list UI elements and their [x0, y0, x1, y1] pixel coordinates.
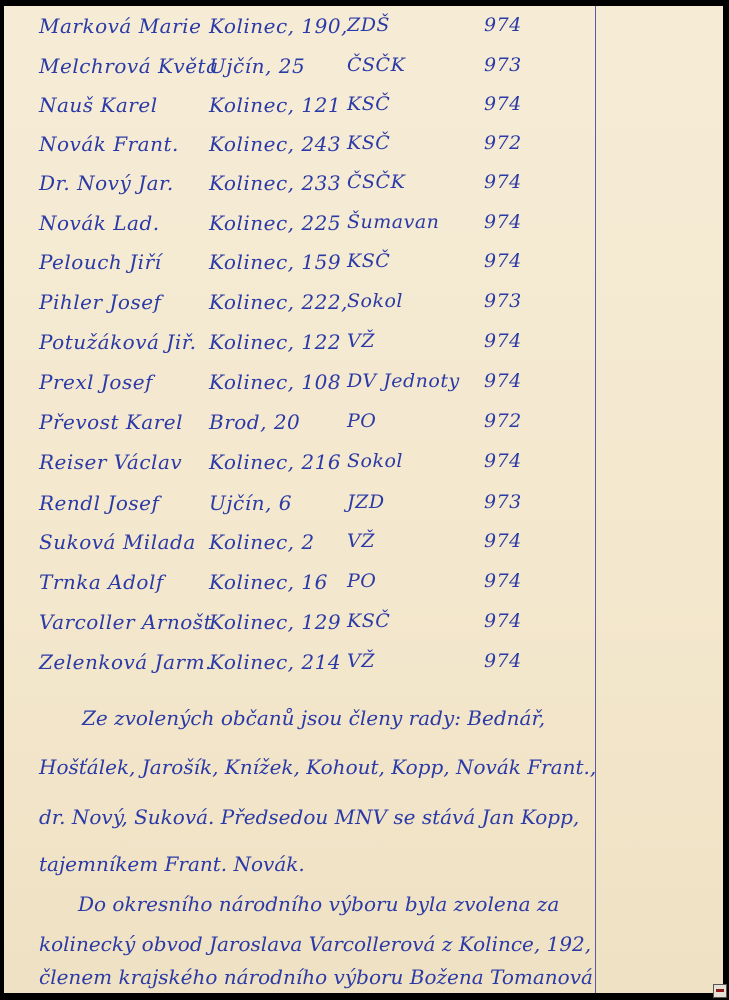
register-row: Převost KarelBrod, 20PO972	[4, 410, 594, 440]
member-address: Kolinec, 214	[209, 650, 341, 674]
register-row: Rendl JosefUjčín, 6JZD973	[4, 491, 594, 521]
member-address: Ujčín, 6	[209, 491, 292, 515]
member-number: 973	[484, 54, 522, 76]
member-number: 974	[484, 171, 522, 193]
member-address: Kolinec, 233	[209, 171, 341, 195]
member-address: Kolinec, 159	[209, 250, 341, 274]
member-name: Nauš Karel	[39, 93, 158, 117]
register-row: Potužáková Jiř.Kolinec, 122VŽ974	[4, 330, 594, 360]
member-number: 974	[484, 370, 522, 392]
register-row: Reiser VáclavKolinec, 216Sokol974	[4, 450, 594, 480]
member-organization: VŽ	[347, 530, 375, 552]
member-name: Varcoller Arnošt	[39, 610, 212, 634]
member-name: Trnka Adolf	[39, 570, 164, 594]
member-number: 974	[484, 450, 522, 472]
member-address: Kolinec, 216	[209, 450, 341, 474]
member-name: Reiser Václav	[39, 450, 182, 474]
member-organization: DV Jednoty	[347, 370, 460, 392]
member-name: Melchrová Květa	[39, 54, 219, 78]
member-organization: ČSČK	[347, 54, 405, 76]
member-number: 974	[484, 570, 522, 592]
member-number: 974	[484, 14, 522, 36]
register-row: Trnka AdolfKolinec, 16PO974	[4, 570, 594, 600]
member-organization: Sokol	[347, 290, 403, 312]
member-number: 973	[484, 491, 522, 513]
member-name: Suková Milada	[39, 530, 196, 554]
member-address: Kolinec, 190,	[209, 14, 348, 38]
member-organization: Šumavan	[347, 211, 439, 233]
member-address: Kolinec, 121	[209, 93, 341, 117]
member-number: 974	[484, 93, 522, 115]
member-organization: Sokol	[347, 450, 403, 472]
member-address: Kolinec, 122	[209, 330, 341, 354]
register-row: Prexl JosefKolinec, 108DV Jednoty974	[4, 370, 594, 400]
district-paragraph-line-1: Do okresního národního výboru byla zvole…	[78, 892, 559, 916]
register-row: Dr. Nový Jar.Kolinec, 233ČSČK974	[4, 171, 594, 201]
district-paragraph-line-2: kolinecký obvod Jaroslava Varcollerová z…	[39, 932, 591, 956]
member-name: Rendl Josef	[39, 491, 159, 515]
register-row: Pelouch JiříKolinec, 159KSČ974	[4, 250, 594, 280]
member-address: Kolinec, 243	[209, 132, 341, 156]
register-row: Melchrová KvětaUjčín, 25ČSČK973	[4, 54, 594, 84]
register-row: Novák Frant.Kolinec, 243KSČ972	[4, 132, 594, 162]
member-organization: VŽ	[347, 330, 375, 352]
member-number: 972	[484, 410, 522, 432]
member-number: 974	[484, 610, 522, 632]
member-number: 974	[484, 250, 522, 272]
council-paragraph-line-1: Ze zvolených občanů jsou členy rady: Bed…	[82, 706, 545, 730]
register-row: Novák Lad.Kolinec, 225Šumavan974	[4, 211, 594, 241]
member-number: 974	[484, 211, 522, 233]
member-organization: PO	[347, 570, 376, 592]
member-name: Převost Karel	[39, 410, 183, 434]
council-paragraph-line-3: dr. Nový, Suková. Předsedou MNV se stává…	[39, 805, 579, 829]
member-name: Marková Marie	[39, 14, 201, 38]
member-name: Novák Frant.	[39, 132, 179, 156]
member-number: 974	[484, 330, 522, 352]
member-name: Prexl Josef	[39, 370, 153, 394]
register-row: Pihler JosefKolinec, 222,Sokol973	[4, 290, 594, 320]
member-address: Kolinec, 108	[209, 370, 341, 394]
member-address: Kolinec, 222,	[209, 290, 348, 314]
handwritten-ledger-page: Marková MarieKolinec, 190,ZDŠ974Melchrov…	[4, 6, 723, 993]
member-number: 972	[484, 132, 522, 154]
member-number: 974	[484, 530, 522, 552]
member-organization: KSČ	[347, 93, 390, 115]
member-organization: ZDŠ	[347, 14, 390, 36]
member-organization: JZD	[347, 491, 385, 513]
member-address: Brod, 20	[209, 410, 300, 434]
member-number: 974	[484, 650, 522, 672]
member-address: Kolinec, 16	[209, 570, 328, 594]
register-row: Zelenková Jarm.Kolinec, 214VŽ974	[4, 650, 594, 680]
district-paragraph-line-3: členem krajského národního výboru Božena…	[39, 965, 593, 989]
member-name: Dr. Nový Jar.	[39, 171, 174, 195]
member-organization: ČSČK	[347, 171, 405, 193]
member-organization: KSČ	[347, 250, 390, 272]
member-address: Kolinec, 225	[209, 211, 341, 235]
member-organization: KSČ	[347, 610, 390, 632]
member-name: Potužáková Jiř.	[39, 330, 196, 354]
council-paragraph-line-2: Hošťálek, Jarošík, Knížek, Kohout, Kopp,…	[39, 755, 596, 779]
member-organization: VŽ	[347, 650, 375, 672]
member-address: Kolinec, 2	[209, 530, 315, 554]
window-minimize-icon[interactable]	[713, 984, 727, 998]
member-organization: KSČ	[347, 132, 390, 154]
council-paragraph-line-4: tajemníkem Frant. Novák.	[39, 852, 305, 876]
member-name: Pihler Josef	[39, 290, 161, 314]
margin-rule	[595, 6, 596, 993]
member-address: Kolinec, 129	[209, 610, 341, 634]
member-name: Zelenková Jarm.	[39, 650, 212, 674]
member-address: Ujčín, 25	[209, 54, 305, 78]
register-row: Suková MiladaKolinec, 2VŽ974	[4, 530, 594, 560]
register-row: Varcoller ArnoštKolinec, 129KSČ974	[4, 610, 594, 640]
register-row: Nauš KarelKolinec, 121KSČ974	[4, 93, 594, 123]
member-name: Novák Lad.	[39, 211, 160, 235]
member-name: Pelouch Jiří	[39, 250, 162, 274]
member-organization: PO	[347, 410, 376, 432]
member-number: 973	[484, 290, 522, 312]
register-row: Marková MarieKolinec, 190,ZDŠ974	[4, 14, 594, 44]
